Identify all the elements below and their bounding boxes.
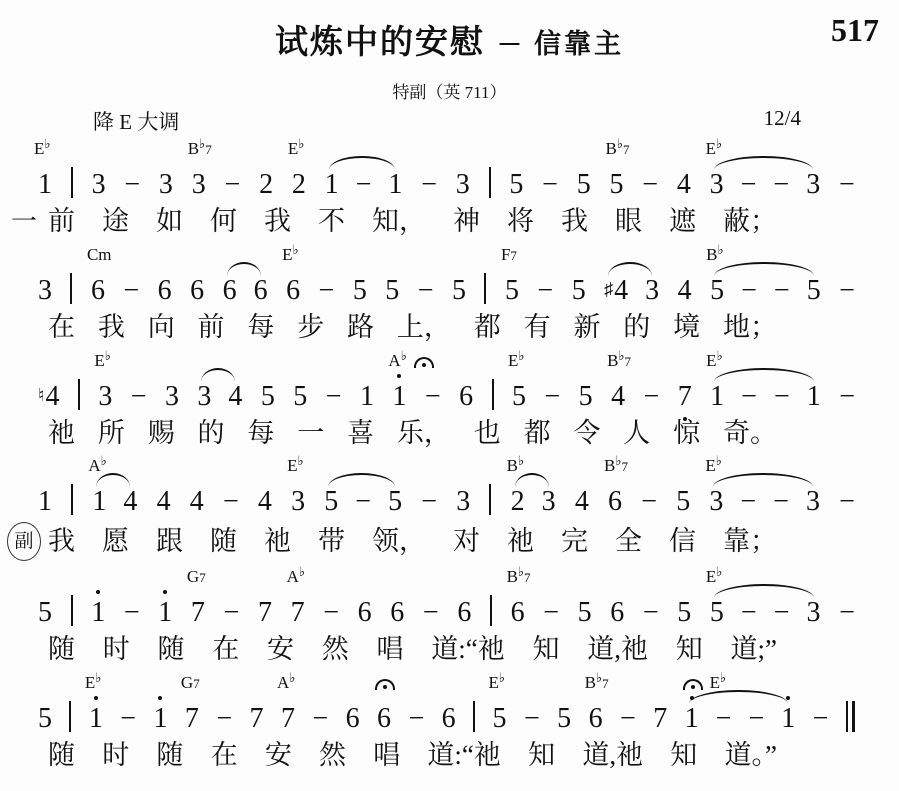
note: E♭2 [292,171,306,199]
lyric-syllable: 唱 [373,739,400,773]
slur-arc [227,262,261,276]
music-system: E♭13−3B♭73−2E♭21−1−35−5B♭75−4E♭3−−3−一前途如… [0,137,899,239]
duration-dash: − [312,705,328,733]
note: Cm6 [91,277,105,305]
barline [70,273,72,304]
note: E♭1 [38,171,52,199]
note: E♭5 [710,599,724,627]
note-annotations: A♭ [388,352,435,369]
chord-root: F [501,246,510,263]
duration-dash: − [124,599,140,627]
barline [473,701,475,732]
note: B♭76 [511,599,525,627]
duration-dash: − [774,383,790,411]
note-annotations: B♭7 [188,140,212,157]
duration-dash: − [124,171,140,199]
note: B♭73 [192,171,206,199]
music-system: ♮4E♭3−33455−1A♭1−6E♭5−5B♭74−7E♭1−−1−祂所赐的… [0,349,899,451]
duration-dash: − [774,277,790,305]
note: 3 [542,488,556,516]
note-annotations: E♭ [94,352,111,369]
chord-root: G [187,568,199,585]
accidental: ♮ [38,386,44,404]
duration-dash: − [839,171,855,199]
chord-root: B [607,352,618,369]
chord-extension: 7 [205,143,212,156]
lyric-syllable: 将 [507,205,534,239]
lyric-syllable: 我 [48,525,75,559]
note-number: 3 [807,599,821,627]
duration-dash: − [644,383,660,411]
chord-label: G7 [181,674,200,691]
duration-dash: − [524,705,540,733]
chord-extension: 7 [623,143,630,156]
note: 5 [557,705,571,733]
lyric-syllable: 知 [533,633,560,667]
chord-root: E [34,140,44,157]
note: 5 [509,171,523,199]
note-number: 5 [38,599,52,627]
chord-flat-sign: ♭ [401,349,407,362]
lyric-syllable: 每 [247,311,274,345]
lyric-syllable: 唱 [377,633,404,667]
notation-row: E♭13−3B♭73−2E♭21−1−35−5B♭75−4E♭3−−3− [38,137,855,199]
note-number: 1 [38,488,52,516]
duration-dash: − [120,705,136,733]
note-number: 3 [38,277,52,305]
slur-arc [329,156,396,170]
lyric-syllable: 随 [158,633,185,667]
lyric-syllable: 完 [561,525,588,559]
note: G77 [185,705,199,733]
lyric-syllable: 我 [561,205,588,239]
chord-flat-sign: ♭ [298,137,304,150]
chord-root: E [508,352,518,369]
note-number: 1 [92,488,106,516]
note-number: 4 [614,277,628,305]
music-system: 5E♭1−1G77−7A♭7−66−6E♭5−5B♭76−7E♭1−−1−随时随… [0,671,899,773]
note-number: 4 [157,488,171,516]
duration-dash: − [741,599,757,627]
chord-label: E♭ [489,674,506,691]
title-separator: － [497,25,522,61]
note-number: 5 [293,383,307,411]
note-number: 3 [291,488,305,516]
duration-dash: − [774,599,790,627]
music-system: 3Cm6−6666E♭6−55−5F75−5♯434B♭5−−5−在我向前每步路… [0,243,899,345]
note: A♭7 [291,599,305,627]
chord-label: E♭ [706,568,723,585]
lyric-syllable: 祂 [507,525,534,559]
title-suffix: 信靠主 [534,22,624,61]
lyrics-line: 祂所赐的每一喜乐，也都令人惊奇。 [48,417,777,451]
lyric-syllable: 愿 [102,525,129,559]
chord-label: E♭ [705,457,722,474]
lyric-syllable: 祂 [264,525,291,559]
note-number: 5 [353,277,367,305]
note-annotations: B♭7 [604,457,628,474]
duration-dash: − [355,488,371,516]
octave-dot-high [397,374,401,378]
accidental: ♯ [604,280,613,298]
slur-group: 5−5 [324,488,402,516]
chord-root: B [585,674,596,691]
slur-arc [714,156,814,170]
lyric-syllable: 随 [156,739,183,773]
note: 1 [807,383,821,411]
note: 6 [223,277,237,305]
duration-dash: − [839,277,855,305]
chord-label: E♭ [287,457,304,474]
chord-root: E [282,246,292,263]
lyric-syllable: 向 [148,311,175,345]
note: 6 [158,277,172,305]
duration-dash: − [773,171,789,199]
note-number: 4 [678,277,692,305]
note-number: 5 [578,599,592,627]
note: 1 [360,383,374,411]
duration-dash: − [323,599,339,627]
chord-flat-sign: ♭ [717,243,723,256]
duration-dash: − [408,705,424,733]
note-number: 6 [223,277,237,305]
note-number: 4 [677,171,691,199]
slur-group: ♯43 [604,277,659,305]
slur-group: 66 [223,277,268,305]
lyrics-row: 在我向前每步路上，都有新的境地； [0,311,899,345]
note-number: 2 [511,488,525,516]
lyric-syllable: 赐 [148,417,175,451]
note: 3 [456,488,470,516]
duration-dash: − [224,171,240,199]
note-number: 6 [254,277,268,305]
chord-label: A♭ [277,674,295,691]
note-number: 5 [609,171,623,199]
lyric-syllable: 前 [48,205,75,239]
note-number: 3 [456,171,470,199]
duration-dash: − [839,383,855,411]
note-number: 6 [346,705,360,733]
note: B♭75 [609,171,623,199]
chord-root: B [706,246,717,263]
note: E♭1 [89,705,103,733]
duration-dash: − [356,171,372,199]
lyric-syllable: 遮 [669,205,696,239]
note: 5 [676,488,690,516]
note: 4 [228,383,242,411]
duration-dash: − [741,171,757,199]
slur-arc [515,473,549,487]
note-number: 4 [45,383,59,411]
slur-arc [201,368,235,382]
lyric-syllable: 何 [210,205,237,239]
note-annotations: B♭ [706,246,723,263]
note-number: 3 [645,277,659,305]
chord-root: A [277,674,289,691]
note: 3 [92,171,106,199]
chord-label: E♭ [706,140,723,157]
notation-row: 3Cm6−6666E♭6−55−5F75−5♯434B♭5−−5− [38,243,855,305]
chord-label: E♭ [94,352,111,369]
chord-root: E [85,674,95,691]
note: 6 [190,277,204,305]
note-annotations: E♭ [287,457,304,474]
lyric-syllable: 道,祂 [587,633,648,667]
barline [490,595,492,626]
note-annotations: Cm [87,246,112,263]
note: 1 [91,599,105,627]
slur-group: E♭5−−3 [710,599,821,627]
chord-label: E♭ [85,674,102,691]
slur-group: 34 [197,383,242,411]
tune-caption: 特副（英 711） [0,78,899,103]
note-number: 5 [710,599,724,627]
slur-arc [328,473,395,487]
slur-group: B♭5−−5 [710,277,821,305]
lyrics-line: 前途如何我不知，神将我眼遮蔽； [48,205,777,239]
fermata-icon [414,357,434,368]
note-number: 7 [678,383,692,411]
note-annotations: E♭ [706,352,723,369]
note: 5 [807,277,821,305]
note-number: 3 [159,171,173,199]
note: 3 [38,277,52,305]
barline [484,273,486,304]
lyric-syllable: 跟 [156,525,183,559]
fermata-icon [683,679,703,690]
page-title: 试炼中的安慰 [275,16,485,63]
notation-row: 5E♭1−1G77−7A♭7−66−6E♭5−5B♭76−7E♭1−−1− [38,671,855,733]
barline [78,379,80,410]
note-number: 3 [92,171,106,199]
duration-dash: − [716,705,732,733]
note: 2 [259,171,273,199]
chord-root: E [489,674,499,691]
lyric-syllable: 在 [211,739,238,773]
lyric-syllable: 的 [198,417,225,451]
note: 5 [38,705,52,733]
note: B♭2 [511,488,525,516]
note-annotations: B♭7 [605,140,629,157]
note: 7 [250,705,264,733]
note-annotations: A♭ [287,568,305,585]
lyric-syllable: 令 [573,417,600,451]
note-number: 7 [653,705,667,733]
note: 4 [677,171,691,199]
chord-label: A♭ [388,352,406,369]
note-number: 6 [608,488,622,516]
note-number: 3 [197,383,211,411]
duration-dash: − [839,488,855,516]
note: E♭5 [512,383,526,411]
note-number: 6 [459,383,473,411]
note-number: 1 [781,705,795,733]
note-number: 3 [192,171,206,199]
note: 1 [325,171,339,199]
lyric-syllable: 然 [319,739,346,773]
note: 4 [190,488,204,516]
note-number: 6 [610,599,624,627]
note: E♭6 [286,277,300,305]
note-annotations: G7 [181,674,200,691]
chord-root: B [507,457,518,474]
note: 5 [578,599,592,627]
note-number: 7 [258,599,272,627]
page-header: 517 试炼中的安慰 － 信靠主 特副（英 711） 降 E 大调 12/4 [0,0,899,136]
music-system: 51−1G77−7A♭7−66−6B♭76−56−5E♭5−−3−随时随在安然唱… [0,565,899,667]
lyric-syllable: 知 [670,739,697,773]
duration-dash: − [223,488,239,516]
chord-root: E [706,140,716,157]
duration-dash: − [319,277,335,305]
lyric-syllable: 全 [615,525,642,559]
lyric-syllable: 不 [318,205,345,239]
note-number: 4 [123,488,137,516]
note-number: 5 [324,488,338,516]
lyric-syllable: 知， [372,205,426,239]
note-number: 1 [38,171,52,199]
lyric-syllable: 前 [198,311,225,345]
note-annotations [373,679,397,691]
barline [846,701,849,732]
duration-dash: − [741,277,757,305]
note-number: 6 [158,277,172,305]
chord-extension: 7 [625,355,632,368]
lyric-syllable: 靠； [723,525,777,559]
note-number: 7 [250,705,264,733]
note: 5 [572,277,586,305]
lyric-syllable: 对 [453,525,480,559]
note: 3 [456,171,470,199]
chord-root: A [287,568,299,585]
note-number: 2 [259,171,273,199]
note: 3 [645,277,659,305]
note-number: 1 [153,705,167,733]
note: 5 [452,277,466,305]
note-number: 6 [358,599,372,627]
note: 5 [293,383,307,411]
chord-flat-sign: ♭ [720,671,726,684]
lyric-syllable: 都 [474,311,501,345]
lyrics-line: 在我向前每步路上，都有新的境地； [48,311,777,345]
lyric-syllable: 知 [528,739,555,773]
duration-dash: − [326,383,342,411]
chord-extension: 7 [510,249,517,262]
duration-dash: − [641,488,657,516]
chord-flat-sign: ♭ [101,454,107,467]
duration-dash: − [542,171,558,199]
lyric-syllable: 人 [623,417,650,451]
note: 6 [457,599,471,627]
chord-root: E [710,674,720,691]
lyrics-line: 我愿跟随祂带领，对祂完全信靠； [48,525,777,559]
note-number: 6 [377,705,391,733]
lyric-syllable: 随 [48,633,75,667]
chord-root: B [604,457,615,474]
chord-extension: 7 [193,677,200,690]
lyrics-row: 随时随在安然唱道:“祂知道,祂知道;” [0,633,899,667]
chord-label: F7 [501,246,517,263]
lyric-syllable: 新 [573,311,600,345]
note: 5 [324,488,338,516]
lyric-syllable: 眼 [615,205,642,239]
lyric-syllable: 的 [623,311,650,345]
chord-label: E♭ [288,140,305,157]
chord-label: A♭ [88,457,106,474]
music-system: 1A♭1444−4E♭35−5−3B♭234B♭76−5E♭3−−3−副我愿跟随… [0,454,899,561]
lyrics-row: 副我愿跟随祂带领，对祂完全信靠； [0,522,899,561]
note-number: 5 [38,705,52,733]
slur-arc [689,690,789,704]
time-signature: 12/4 [764,106,801,136]
lyric-syllable: 神 [453,205,480,239]
note: 5 [385,277,399,305]
note-number: 5 [557,705,571,733]
lyric-syllable: 一 [297,417,324,451]
chord-label: E♭ [710,674,727,691]
octave-dot-high [94,696,98,700]
chord-label: B♭7 [188,140,212,157]
note: E♭1 [710,383,724,411]
note: B♭76 [608,488,622,516]
note: 4 [258,488,272,516]
lyric-syllable: 每 [247,417,274,451]
music-systems: E♭13−3B♭73−2E♭21−1−35−5B♭75−4E♭3−−3−一前途如… [0,137,899,773]
note: 6 [346,705,360,733]
verse-marker-cell: 副 [0,522,48,561]
lyrics-row: 一前途如何我不知，神将我眼遮蔽； [0,205,899,239]
note-number: 4 [190,488,204,516]
note-number: 5 [676,488,690,516]
chord-label: B♭7 [585,674,609,691]
note: 1 [388,171,402,199]
duration-dash: − [216,705,232,733]
note-number: 6 [190,277,204,305]
duration-dash: − [741,383,757,411]
chord-flat-sign: ♭ [716,454,722,467]
chord-root: B [188,140,199,157]
lyric-syllable: 随 [48,739,75,773]
chord-root: E [706,568,716,585]
duration-dash: − [544,383,560,411]
chord-root: E [288,140,298,157]
note: 4 [678,277,692,305]
note-number: 5 [385,277,399,305]
note: 3 [806,171,820,199]
slur-group: E♭3−−3 [710,171,821,199]
note: 6 [358,599,372,627]
lyric-syllable: 随 [210,525,237,559]
note-annotations: A♭ [88,457,106,474]
note-annotations: B♭7 [585,674,609,691]
note: 3 [806,488,820,516]
note: 1 [153,705,167,733]
note: 3 [165,383,179,411]
note-number: 1 [710,383,724,411]
lyric-syllable: 都 [524,417,551,451]
note-number: 3 [806,171,820,199]
chord-label: G7 [187,568,206,585]
note-number: 2 [292,171,306,199]
note: 4 [575,488,589,516]
note: 1 [158,599,172,627]
chord-flat-sign: ♭ [44,137,50,150]
note-annotations: E♭ [705,457,722,474]
lyric-syllable: 乐， [397,417,451,451]
lyric-syllable: 时 [102,739,129,773]
lyric-syllable: 上， [397,311,451,345]
chord-label: E♭ [34,140,51,157]
